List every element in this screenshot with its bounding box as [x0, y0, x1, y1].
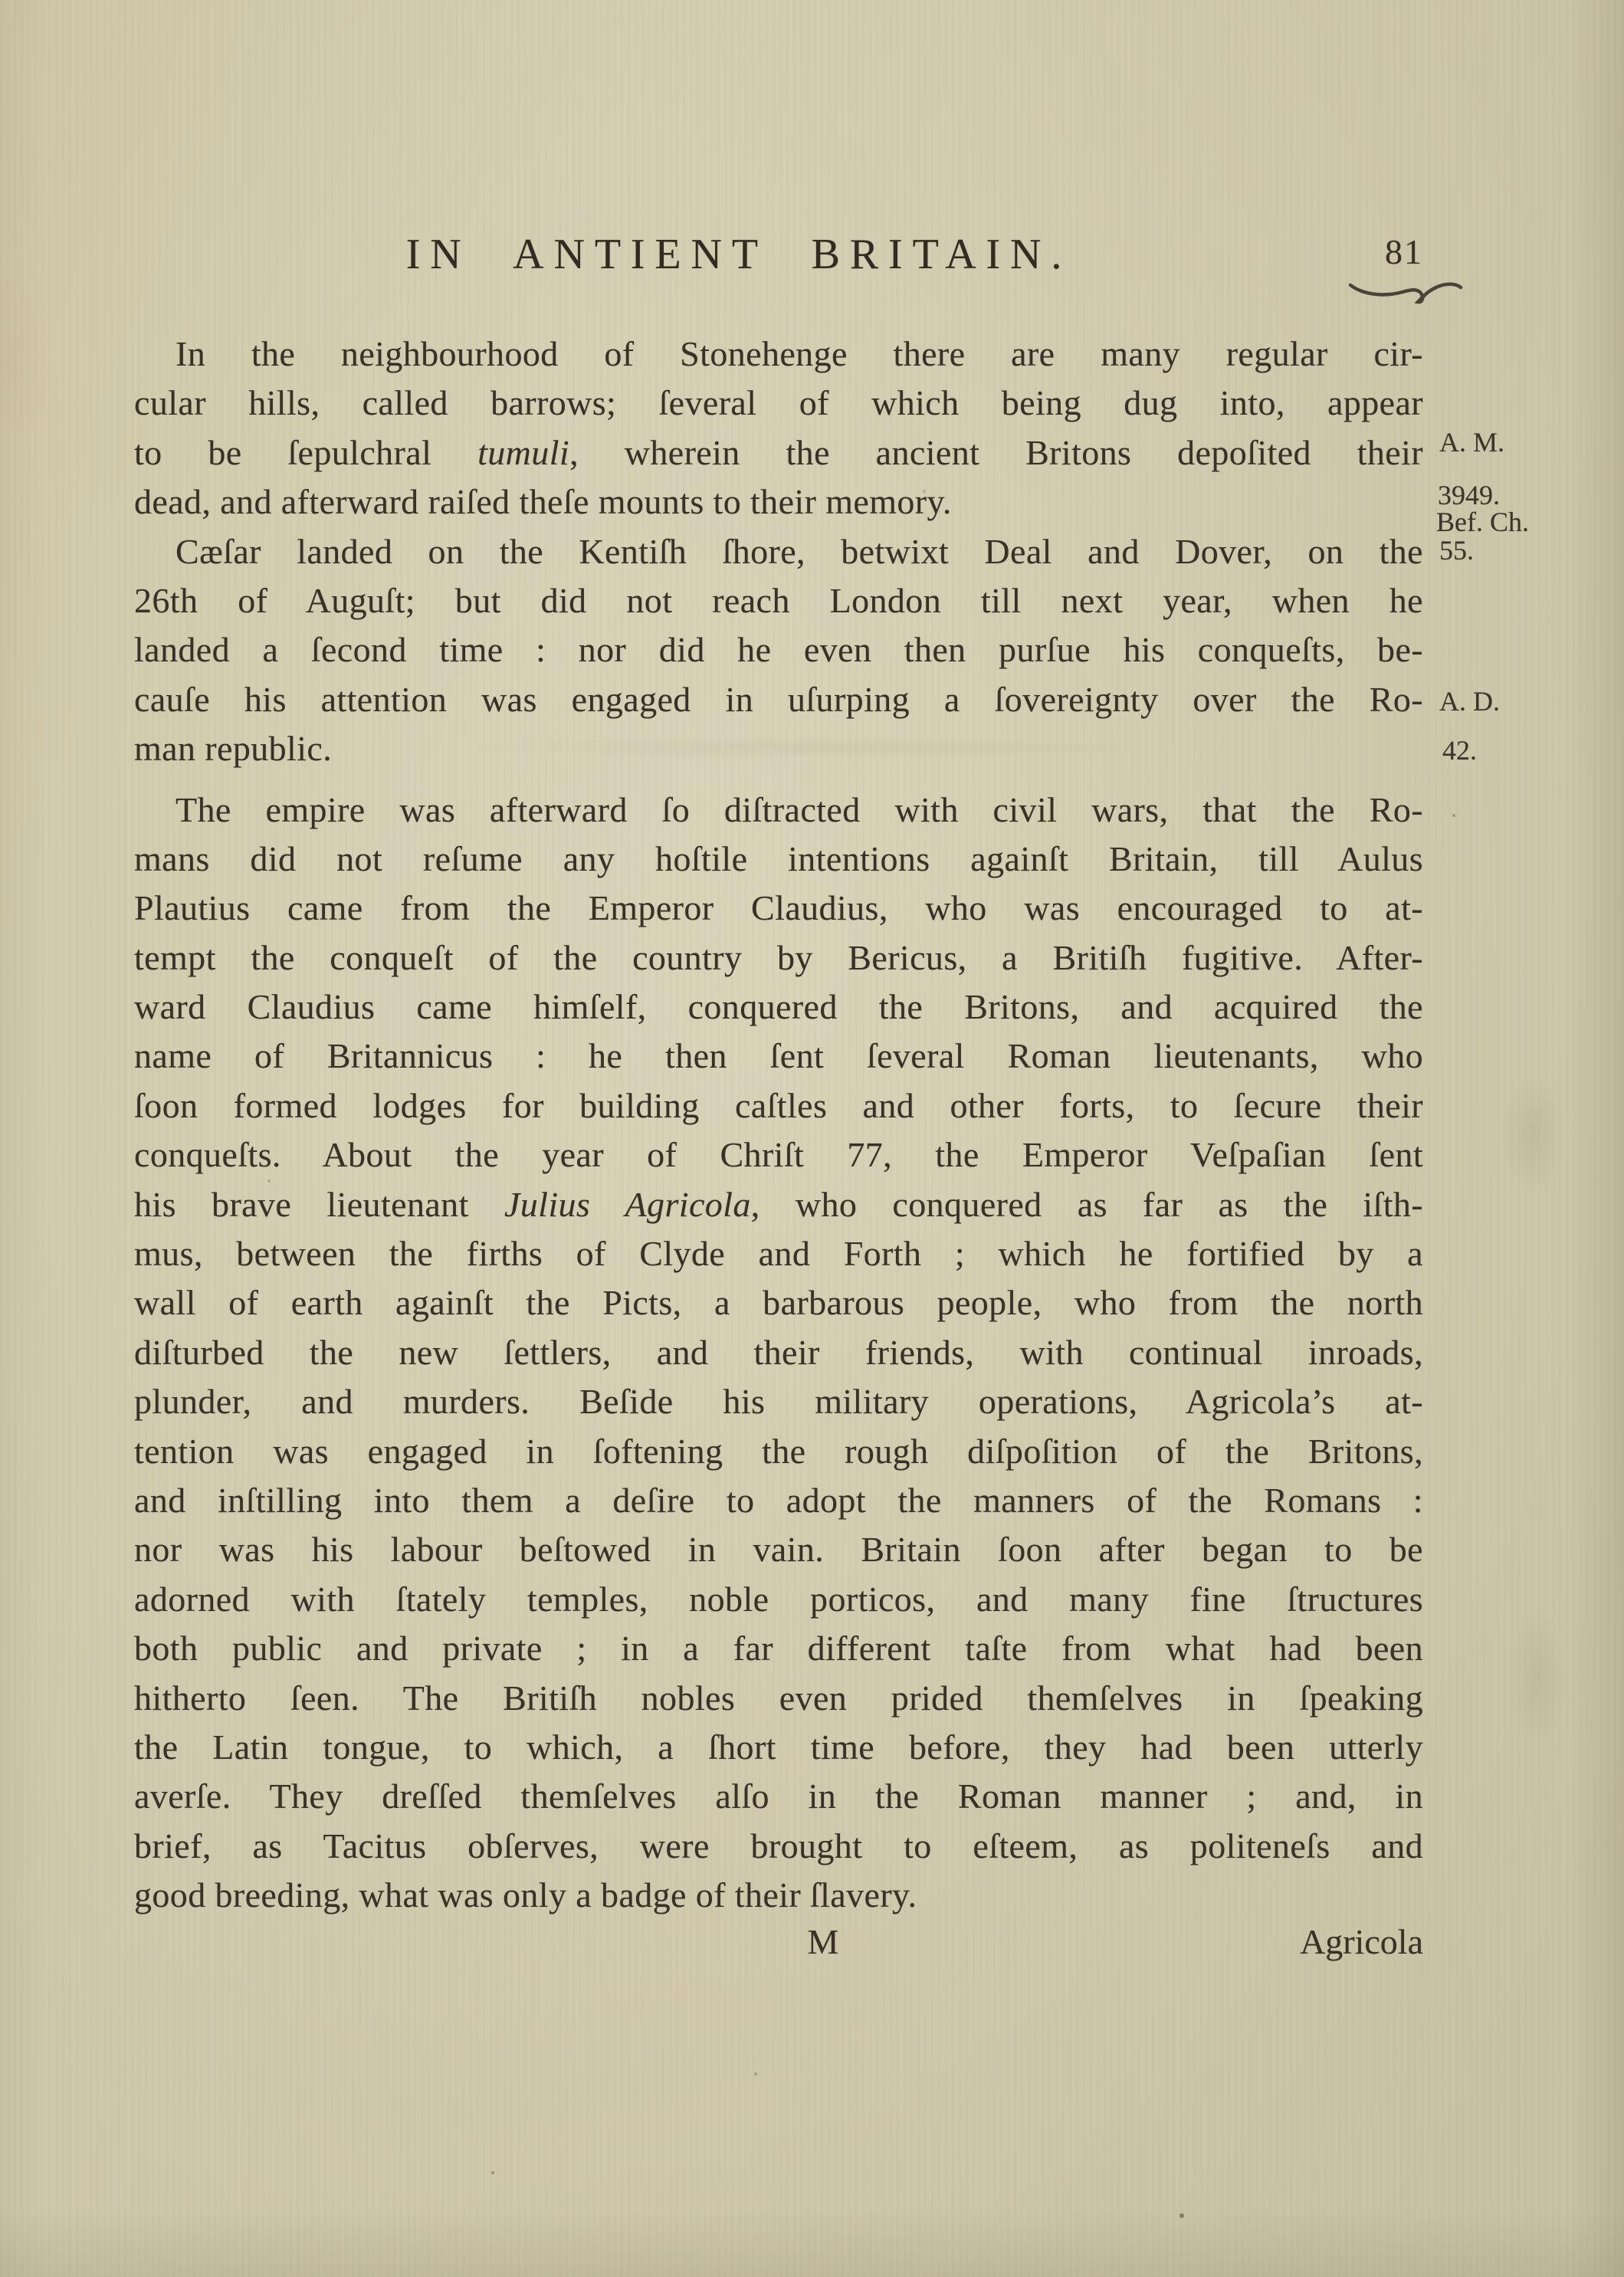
text-line: ward Claudius came himſelf, conquered th… [134, 983, 1423, 1032]
paragraph: In the neighbourhood of Stonehenge there… [134, 330, 1423, 527]
text-segment: , who conquered as far as the iſth- [751, 1185, 1423, 1224]
text-segment: In the neighbourhood of Stonehenge there… [176, 334, 1423, 373]
body-text-block: In the neighbourhood of Stonehenge there… [134, 330, 1423, 1921]
text-segment: conqueſts. About the year of Chriſt 77, … [134, 1135, 1423, 1174]
text-line: and inſtilling into them a deſire to ado… [134, 1476, 1423, 1525]
book-page-scan: IN ANTIENT BRITAIN. 81 A. M. 3949. Bef. … [0, 0, 1624, 2277]
text-line: man republic. [134, 724, 1423, 773]
text-segment: cauſe his attention was engaged in uſurp… [134, 680, 1423, 719]
italic-text-segment: Julius Agricola [504, 1185, 751, 1224]
end-brace-flourish-icon [1347, 277, 1464, 308]
text-line: dead, and afterward raiſed theſe mounts … [134, 477, 1423, 527]
text-line: wall of earth againſt the Picts, a barba… [134, 1278, 1423, 1327]
text-segment: Plautius came from the Emperor Claudius,… [134, 888, 1423, 927]
text-line: conqueſts. About the year of Chriſt 77, … [134, 1130, 1423, 1180]
text-line: tempt the conqueſt of the country by Ber… [134, 933, 1423, 983]
footer-row: M Agricola [134, 1918, 1423, 1967]
text-segment: averſe. They dreſſed themſelves alſo in … [134, 1777, 1423, 1816]
text-segment: diſturbed the new ſettlers, and their fr… [134, 1333, 1423, 1372]
text-line: tention was engaged in ſoftening the rou… [134, 1427, 1423, 1476]
text-segment: the Latin tongue, to which, a ſhort time… [134, 1727, 1423, 1767]
text-line: mus, between the firths of Clyde and For… [134, 1229, 1423, 1278]
italic-text-segment: tumuli [477, 433, 569, 472]
text-segment: Cæſar landed on the Kentiſh ſhore, betwi… [176, 532, 1423, 571]
text-segment: hitherto ſeen. The Britiſh nobles even p… [134, 1678, 1423, 1718]
text-line: averſe. They dreſſed themſelves alſo in … [134, 1772, 1423, 1821]
text-line: hitherto ſeen. The Britiſh nobles even p… [134, 1674, 1423, 1723]
text-line: nor was his labour beſtowed in vain. Bri… [134, 1525, 1423, 1574]
text-line: ſoon formed lodges for building caſtles … [134, 1081, 1423, 1130]
text-segment: nor was his labour beſtowed in vain. Bri… [134, 1530, 1423, 1569]
text-line: diſturbed the new ſettlers, and their fr… [134, 1328, 1423, 1377]
text-segment: 26th of Auguſt; but did not reach London… [134, 581, 1423, 620]
text-segment: landed a ſecond time : nor did he even t… [134, 630, 1423, 669]
paper-specks [0, 0, 2, 2]
margin-note-befch: Bef. Ch. [1436, 506, 1529, 538]
catchword: Agricola [1300, 1918, 1423, 1967]
paragraph: The empire was afterward ſo diſtracted w… [134, 786, 1423, 1921]
text-segment: The empire was afterward ſo diſtracted w… [176, 790, 1423, 829]
text-line: his brave lieutenant Julius Agricola, wh… [134, 1180, 1423, 1229]
text-segment: mans did not reſume any hoſtile intentio… [134, 839, 1423, 878]
text-segment: cular hills, called barrows; ſeveral of … [134, 383, 1423, 422]
text-line: the Latin tongue, to which, a ſhort time… [134, 1723, 1423, 1772]
text-segment: tempt the conqueſt of the country by Ber… [134, 938, 1423, 977]
text-segment: man republic. [134, 729, 332, 768]
text-segment: ſoon formed lodges for building caſtles … [134, 1086, 1423, 1125]
text-segment: plunder, and murders. Beſide his militar… [134, 1382, 1423, 1421]
text-segment: name of Britannicus : he then ſent ſever… [134, 1036, 1423, 1075]
paragraph: Cæſar landed on the Kentiſh ſhore, betwi… [134, 527, 1423, 774]
text-segment: his brave lieutenant [134, 1185, 504, 1224]
margin-note-42: 42. [1442, 734, 1477, 766]
text-line: good breeding, what was only a badge of … [134, 1871, 1423, 1920]
text-segment: dead, and afterward raiſed theſe mounts … [134, 482, 952, 521]
text-segment: brief, as Tacitus obſerves, were brought… [134, 1826, 1423, 1865]
text-segment: good breeding, what was only a badge of … [134, 1875, 917, 1914]
margin-note-55: 55. [1439, 534, 1474, 566]
text-line: cauſe his attention was engaged in uſurp… [134, 675, 1423, 724]
text-segment: both public and private ; in a far diffe… [134, 1629, 1423, 1668]
text-line: In the neighbourhood of Stonehenge there… [134, 330, 1423, 379]
text-line: adorned with ſtately temples, noble port… [134, 1575, 1423, 1624]
text-line: both public and private ; in a far diffe… [134, 1624, 1423, 1673]
text-segment: and inſtilling into them a deſire to ado… [134, 1481, 1423, 1520]
text-segment: mus, between the firths of Clyde and For… [134, 1234, 1423, 1273]
margin-note-ad: A. D. [1439, 685, 1500, 717]
text-line: The empire was afterward ſo diſtracted w… [134, 786, 1423, 835]
text-line: name of Britannicus : he then ſent ſever… [134, 1032, 1423, 1081]
text-line: mans did not reſume any hoſtile intentio… [134, 835, 1423, 884]
text-line: Cæſar landed on the Kentiſh ſhore, betwi… [134, 527, 1423, 576]
text-line: cular hills, called barrows; ſeveral of … [134, 379, 1423, 428]
page-number: 81 [1337, 231, 1423, 272]
text-segment: adorned with ſtately temples, noble port… [134, 1580, 1423, 1619]
text-segment: to be ſepulchral [134, 433, 477, 472]
text-line: to be ſepulchral tumuli, wherein the anc… [134, 428, 1423, 477]
text-line: landed a ſecond time : nor did he even t… [134, 625, 1423, 674]
text-line: plunder, and murders. Beſide his militar… [134, 1377, 1423, 1426]
text-line: 26th of Auguſt; but did not reach London… [134, 576, 1423, 625]
text-segment: wall of earth againſt the Picts, a barba… [134, 1283, 1423, 1322]
margin-note-am: A. M. [1439, 426, 1504, 458]
running-header: IN ANTIENT BRITAIN. [94, 230, 1383, 279]
text-segment: tention was engaged in ſoftening the rou… [134, 1432, 1423, 1471]
text-segment: , wherein the ancient Britons depoſited … [569, 433, 1423, 472]
text-line: brief, as Tacitus obſerves, were brought… [134, 1822, 1423, 1871]
text-segment: ward Claudius came himſelf, conquered th… [134, 987, 1423, 1026]
signature-mark: M [179, 1918, 1468, 1967]
text-line: Plautius came from the Emperor Claudius,… [134, 884, 1423, 933]
